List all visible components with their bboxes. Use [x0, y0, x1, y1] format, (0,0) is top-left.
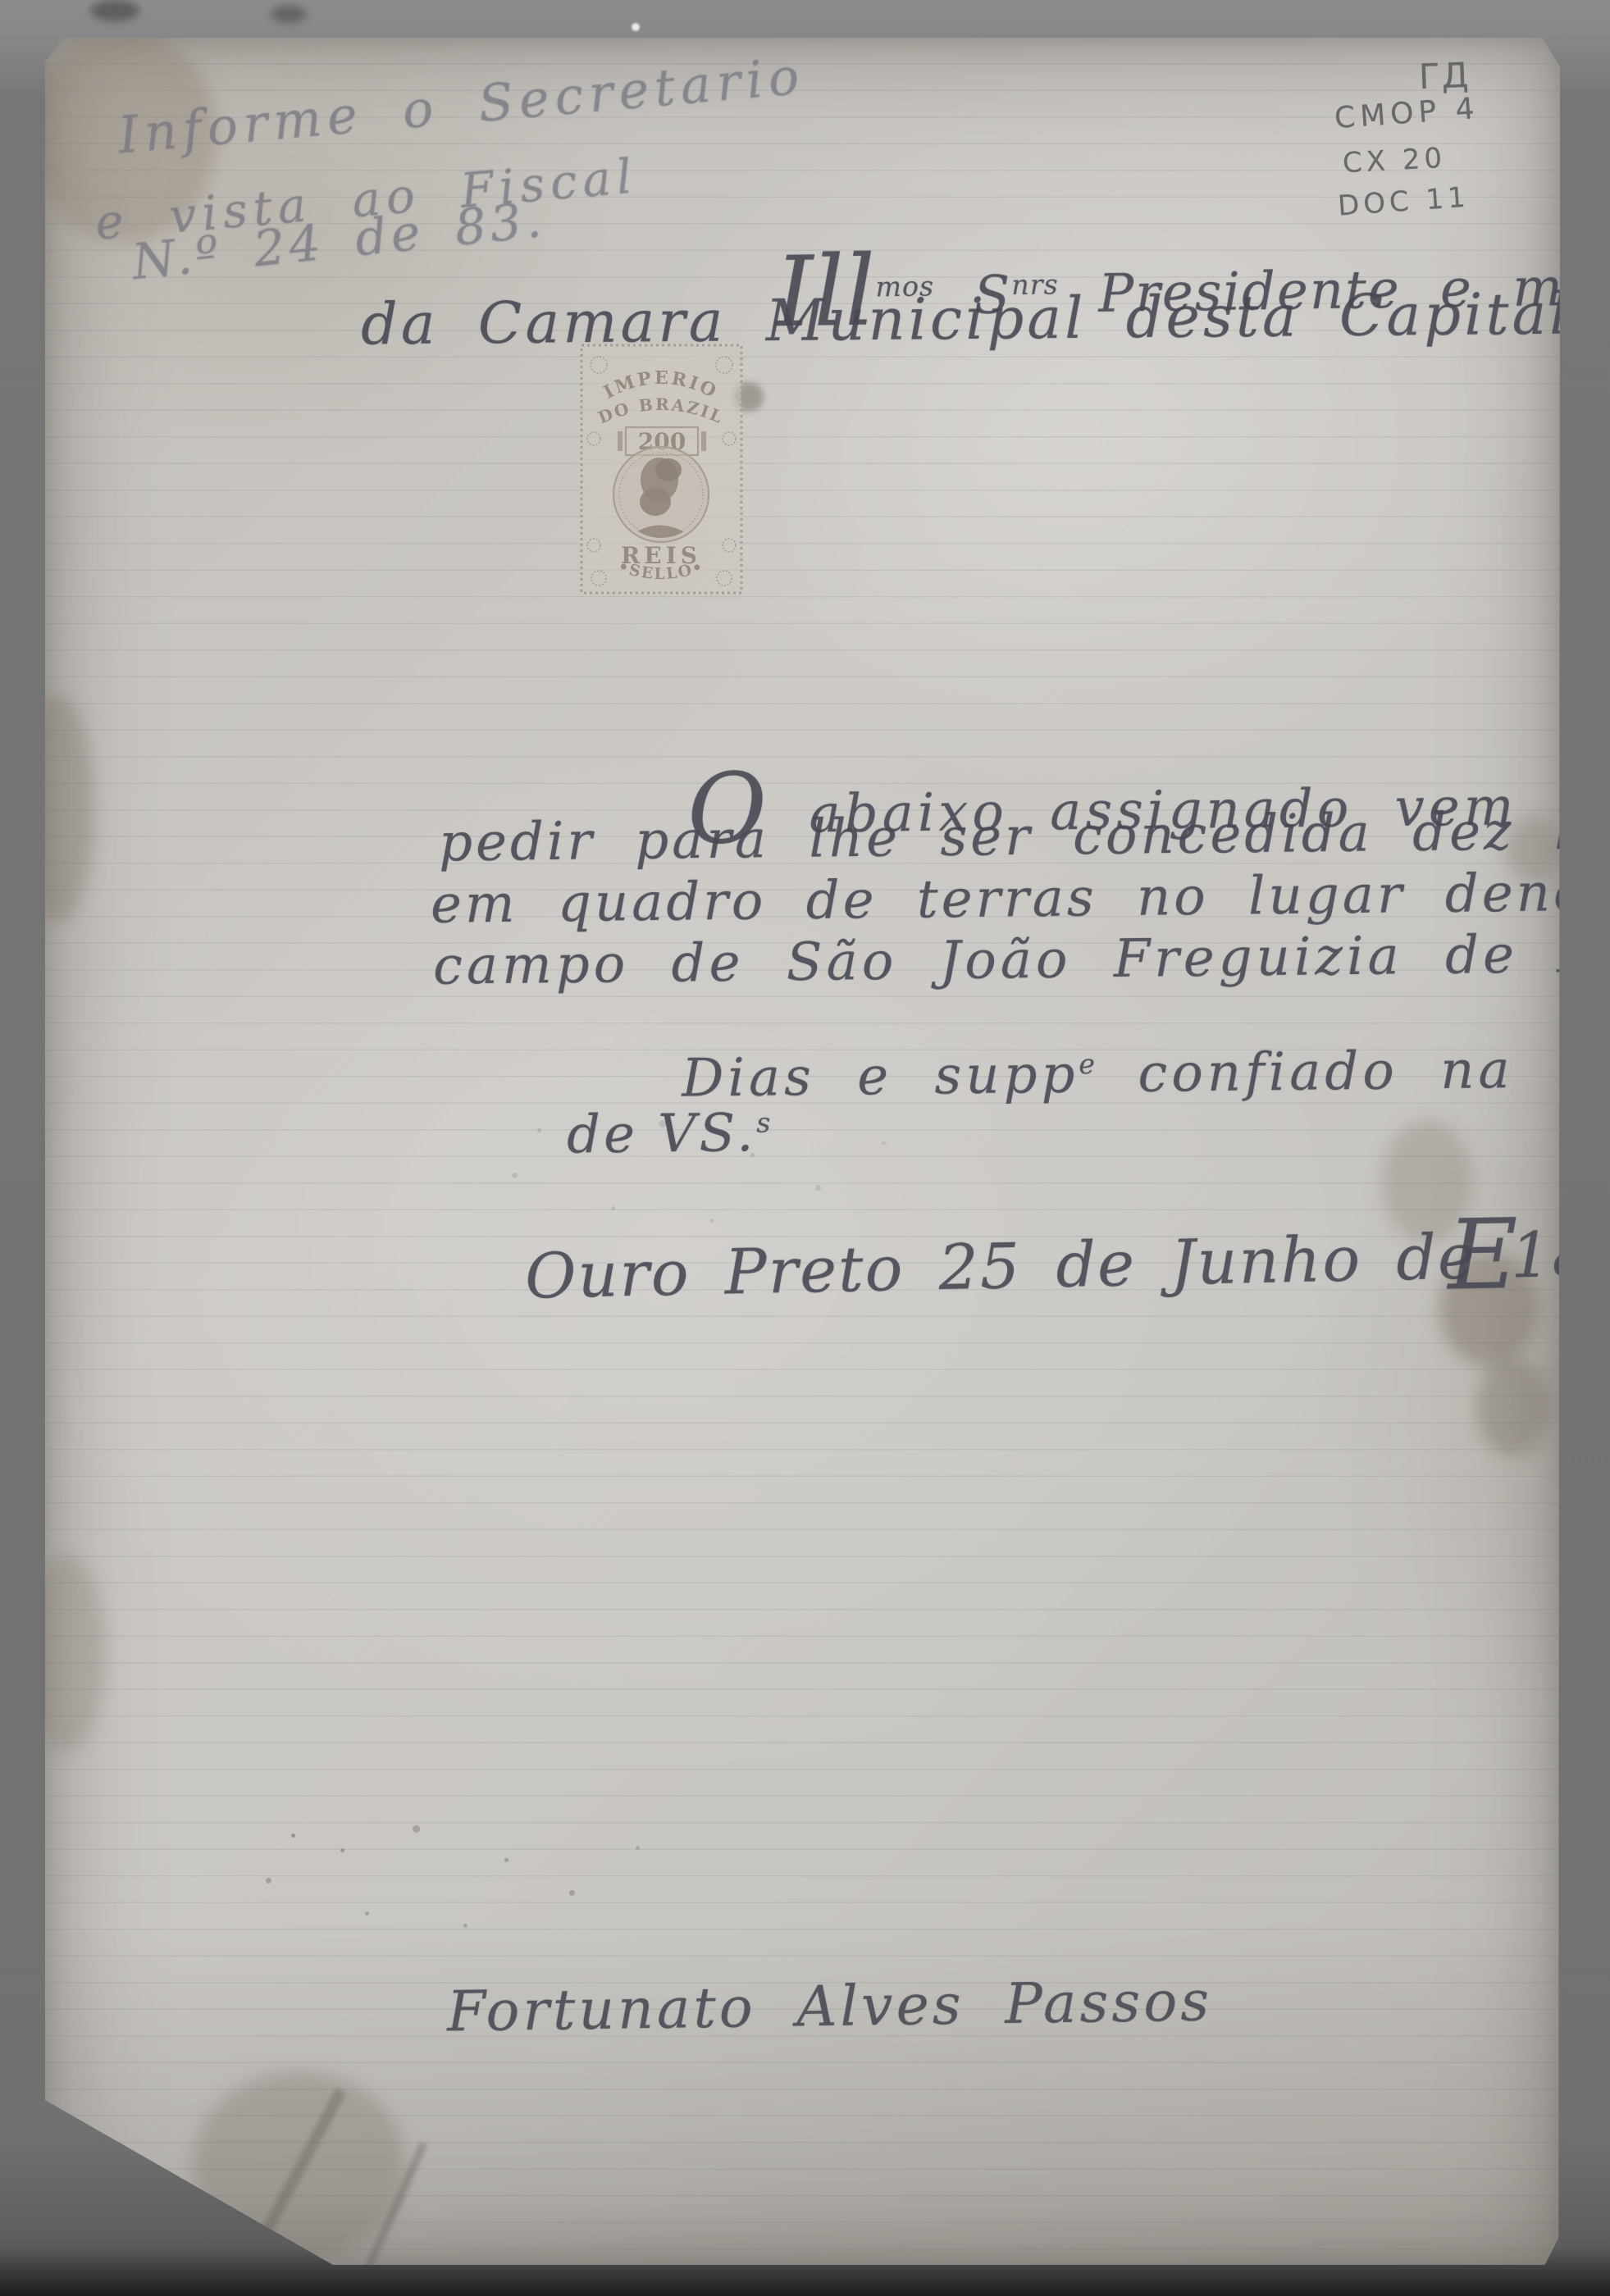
scanned-document: Informe o Secretario e vista ao Fiscal N… — [0, 0, 1610, 2296]
stain — [21, 694, 94, 923]
frame-smudge — [90, 0, 139, 21]
body-line-6: de VS.s — [446, 1055, 772, 1215]
crease-mark — [248, 2088, 346, 2260]
signature: Fortunato Alves Passos — [447, 1974, 1213, 2040]
paper-sheet: Informe o Secretario e vista ao Fiscal N… — [45, 38, 1560, 2265]
crease-mark — [360, 2142, 427, 2280]
revenue-stamp: IMPERIO DO BRAZIL 200 REIS •SELLO• — [577, 339, 746, 599]
body-line-4: campo de São João Freguizia de Antonio — [433, 926, 1610, 992]
stain — [193, 2071, 406, 2260]
margin-note-line1: Informe o Secretario — [116, 51, 807, 162]
frame-smudge — [632, 23, 640, 31]
salutation-line2: da Camara Municipal desta Capital — [361, 285, 1571, 353]
body-line-3: em quadro de terras no lugar denominado — [431, 864, 1610, 932]
archive-mark-box: CX 20 — [1342, 142, 1447, 180]
dirt-specks — [291, 1834, 295, 1838]
frame-smudge — [271, 5, 307, 23]
archive-mark-fund: CMOP 4 — [1334, 92, 1480, 135]
stain — [25, 1555, 107, 1752]
archive-mark-symbol: ГД — [1418, 55, 1471, 97]
body-line-2: pedir para lhe ser concedida dez braças — [439, 804, 1610, 870]
